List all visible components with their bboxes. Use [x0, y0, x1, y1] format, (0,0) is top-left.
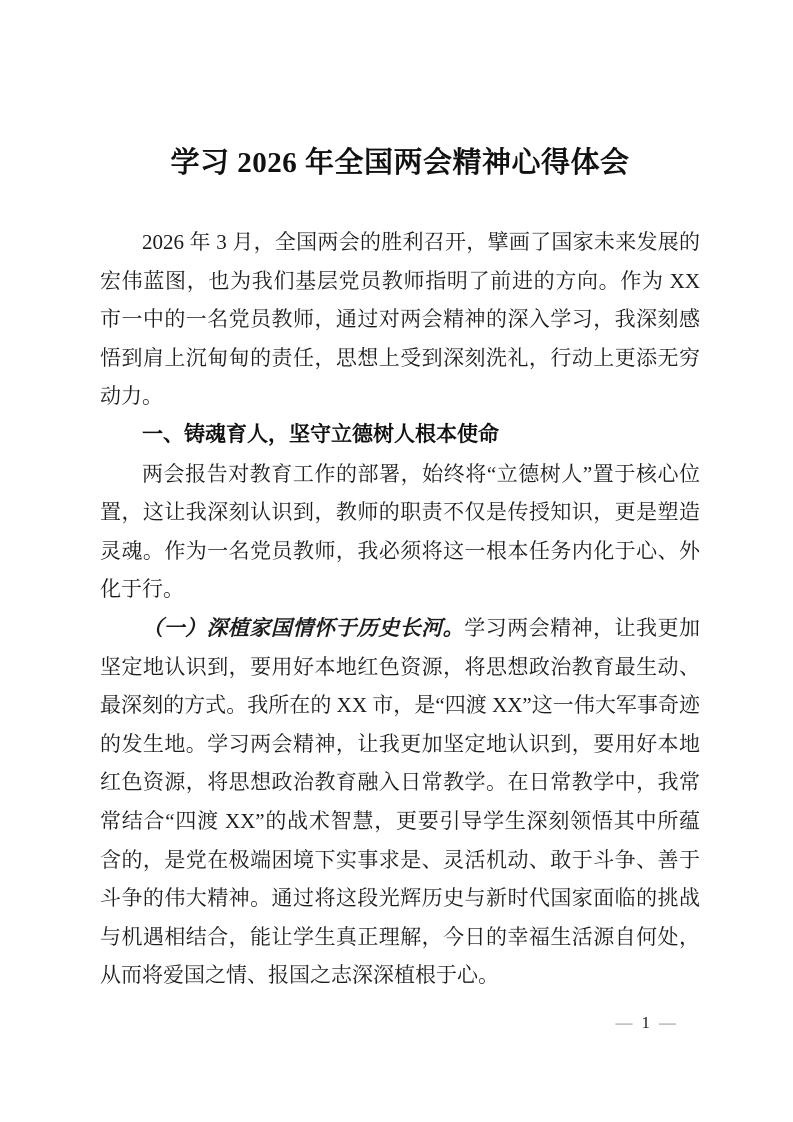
section-heading-1: 一、铸魂育人，坚守立德树人根本使命: [100, 416, 700, 455]
footer-dash-left: —: [616, 1013, 633, 1032]
paragraph-section-body: 两会报告对教育工作的部署，始终将“立德树人”置于核心位置，这让我深刻认识到，教师…: [100, 455, 700, 609]
page-number: 1: [642, 1013, 651, 1032]
subsection-lead-in: （一）深植家国情怀于历史长河。: [142, 616, 464, 640]
footer-dash-right: —: [659, 1013, 676, 1032]
document-title: 学习 2026 年全国两会精神心得体会: [100, 146, 700, 180]
paragraph-subsection: （一）深植家国情怀于历史长河。学习两会精神，让我更加坚定地认识到，要用好本地红色…: [100, 609, 700, 995]
subsection-body-text: 学习两会精神，让我更加坚定地认识到，要用好本地红色资源，将思想政治教育最生动、最…: [100, 616, 700, 987]
document-page: 学习 2026 年全国两会精神心得体会 2026 年 3 月，全国两会的胜利召开…: [0, 0, 793, 1122]
page-footer: —1—: [616, 1013, 677, 1033]
paragraph-intro: 2026 年 3 月，全国两会的胜利召开，擘画了国家未来发展的宏伟蓝图，也为我们…: [100, 223, 700, 416]
